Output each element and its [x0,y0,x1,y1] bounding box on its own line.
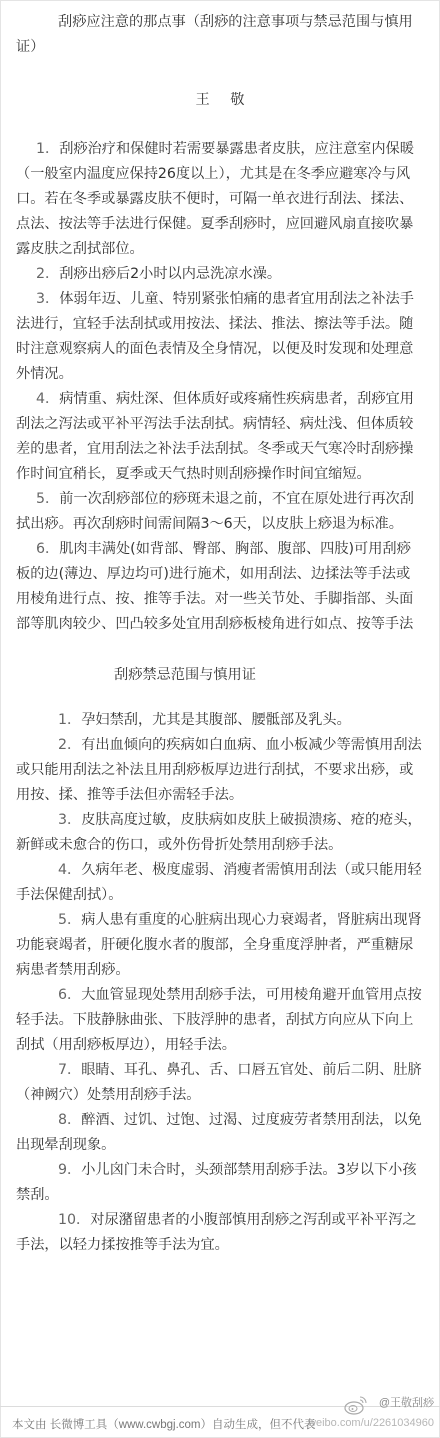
article-body: 刮痧应注意的那点事（刮痧的注意事项与禁忌范围与慎用证） 王 敬 1．刮痧治疗和保… [16,10,422,1258]
item-number: 2． [58,737,81,753]
item-number: 8． [58,1112,81,1128]
contraindication-item: 7．眼睛、耳孔、鼻孔、舌、口唇五官处、前后二阴、肚脐（神阙穴）处禁用刮痧手法。 [16,1058,422,1108]
item-number: 6． [58,987,81,1003]
contraindication-item: 2．有出血倾向的疾病如白血病、血小板减少等需慎用刮法或只能用刮法之补法且用刮痧板… [16,733,422,808]
precaution-item: 1．刮痧治疗和保健时若需要暴露患者皮肤，应注意室内保暖（一般室内温度应保持26度… [16,137,422,262]
contraindication-item: 9．小儿囟门未合时，头颈部禁用刮痧手法。3岁以下小孩禁刮。 [16,1158,422,1208]
article-title: 刮痧应注意的那点事（刮痧的注意事项与禁忌范围与慎用证） [16,10,422,60]
precaution-item: 3．体弱年迈、儿童、特别紧张怕痛的患者宜用刮法之补法手法进行，宜轻手法刮拭或用按… [16,287,422,387]
section-title: 刮痧禁忌范围与慎用证 [16,663,422,688]
contraindication-item: 1．孕妇禁刮，尤其是其腹部、腰骶部及乳头。 [16,708,422,733]
item-number: 5． [36,491,59,507]
contraindication-item: 8．醉酒、过饥、过饱、过渴、过度疲劳者禁用刮法，以免出现晕刮现象。 [16,1108,422,1158]
contraindication-item: 6．大血管显现处禁用刮痧手法，可用棱角避开血管用点按轻手法。下肢静脉曲张、下肢浮… [16,983,422,1058]
item-text: 肌肉丰满处(如背部、臀部、胸部、腹部、四肢)可用刮痧板的边(薄边、厚边均可)进行… [16,541,413,632]
watermark-url: weibo.com/u/2261034960 [308,1417,434,1429]
article-author: 王 敬 [16,88,422,113]
weibo-logo-icon [343,1394,369,1416]
item-number: 5． [58,912,81,928]
item-number: 3． [58,812,81,828]
footer-credit: 本文由 长微博工具（www.cwbgj.com）自动生成，但不代表 [12,1416,316,1432]
contraindication-item: 3．皮肤高度过敏，皮肤病如皮肤上破损溃疡、疮的疮头，新鲜或未愈合的伤口，或外伤骨… [16,808,422,858]
item-number: 9． [58,1162,81,1178]
precautions-list: 1．刮痧治疗和保健时若需要暴露患者皮肤，应注意室内保暖（一般室内温度应保持26度… [16,137,422,637]
contraindications-list: 1．孕妇禁刮，尤其是其腹部、腰骶部及乳头。 2．有出血倾向的疾病如白血病、血小板… [16,708,422,1258]
item-number: 4． [36,391,59,407]
item-number: 10． [58,1212,90,1228]
item-number: 3． [36,291,59,307]
footer-divider [0,1406,440,1407]
item-text: 刮痧出痧后2小时以内忌洗凉水澡。 [59,266,281,282]
contraindication-item: 5．病人患有重度的心脏病出现心力衰竭者，肾脏病出现肾功能衰竭者，肝硬化腹水者的腹… [16,908,422,983]
item-number: 1． [36,141,59,157]
precaution-item: 2．刮痧出痧后2小时以内忌洗凉水澡。 [16,262,422,287]
item-text: 病情重、病灶深、但体质好或疼痛性疾病患者，刮痧宜用刮法之泻法或平补平泻法手法刮拭… [16,391,414,482]
precaution-item: 5．前一次刮痧部位的痧斑未退之前，不宜在原处进行再次刮拭出痧。再次刮痧时间需间隔… [16,487,422,537]
item-text: 孕妇禁刮，尤其是其腹部、腰骶部及乳头。 [81,712,351,728]
contraindication-item: 10．对尿潴留患者的小腹部慎用刮痧之泻刮或平补平泻之手法，以轻力揉按推等手法为宜… [16,1208,422,1258]
item-number: 1． [58,712,81,728]
item-number: 2． [36,266,59,282]
item-number: 4． [58,862,81,878]
item-text: 前一次刮痧部位的痧斑未退之前，不宜在原处进行再次刮拭出痧。再次刮痧时间需间隔3～… [16,491,414,532]
item-number: 7． [58,1062,81,1078]
precaution-item: 6．肌肉丰满处(如背部、臀部、胸部、腹部、四肢)可用刮痧板的边(薄边、厚边均可)… [16,537,422,637]
item-text: 体弱年迈、儿童、特别紧张怕痛的患者宜用刮法之补法手法进行，宜轻手法刮拭或用按法、… [16,291,414,382]
watermark-handle: @王敬刮痧 [379,1397,434,1409]
item-number: 6． [36,541,59,557]
weibo-watermark: @王敬刮痧 [379,1396,434,1410]
item-text: 刮痧治疗和保健时若需要暴露患者皮肤，应注意室内保暖（一般室内温度应保持26度以上… [16,141,414,257]
precaution-item: 4．病情重、病灶深、但体质好或疼痛性疾病患者，刮痧宜用刮法之泻法或平补平泻法手法… [16,387,422,487]
contraindication-item: 4．久病年老、极度虚弱、消瘦者需慎用刮法（或只能用轻手法保健刮拭）。 [16,858,422,908]
